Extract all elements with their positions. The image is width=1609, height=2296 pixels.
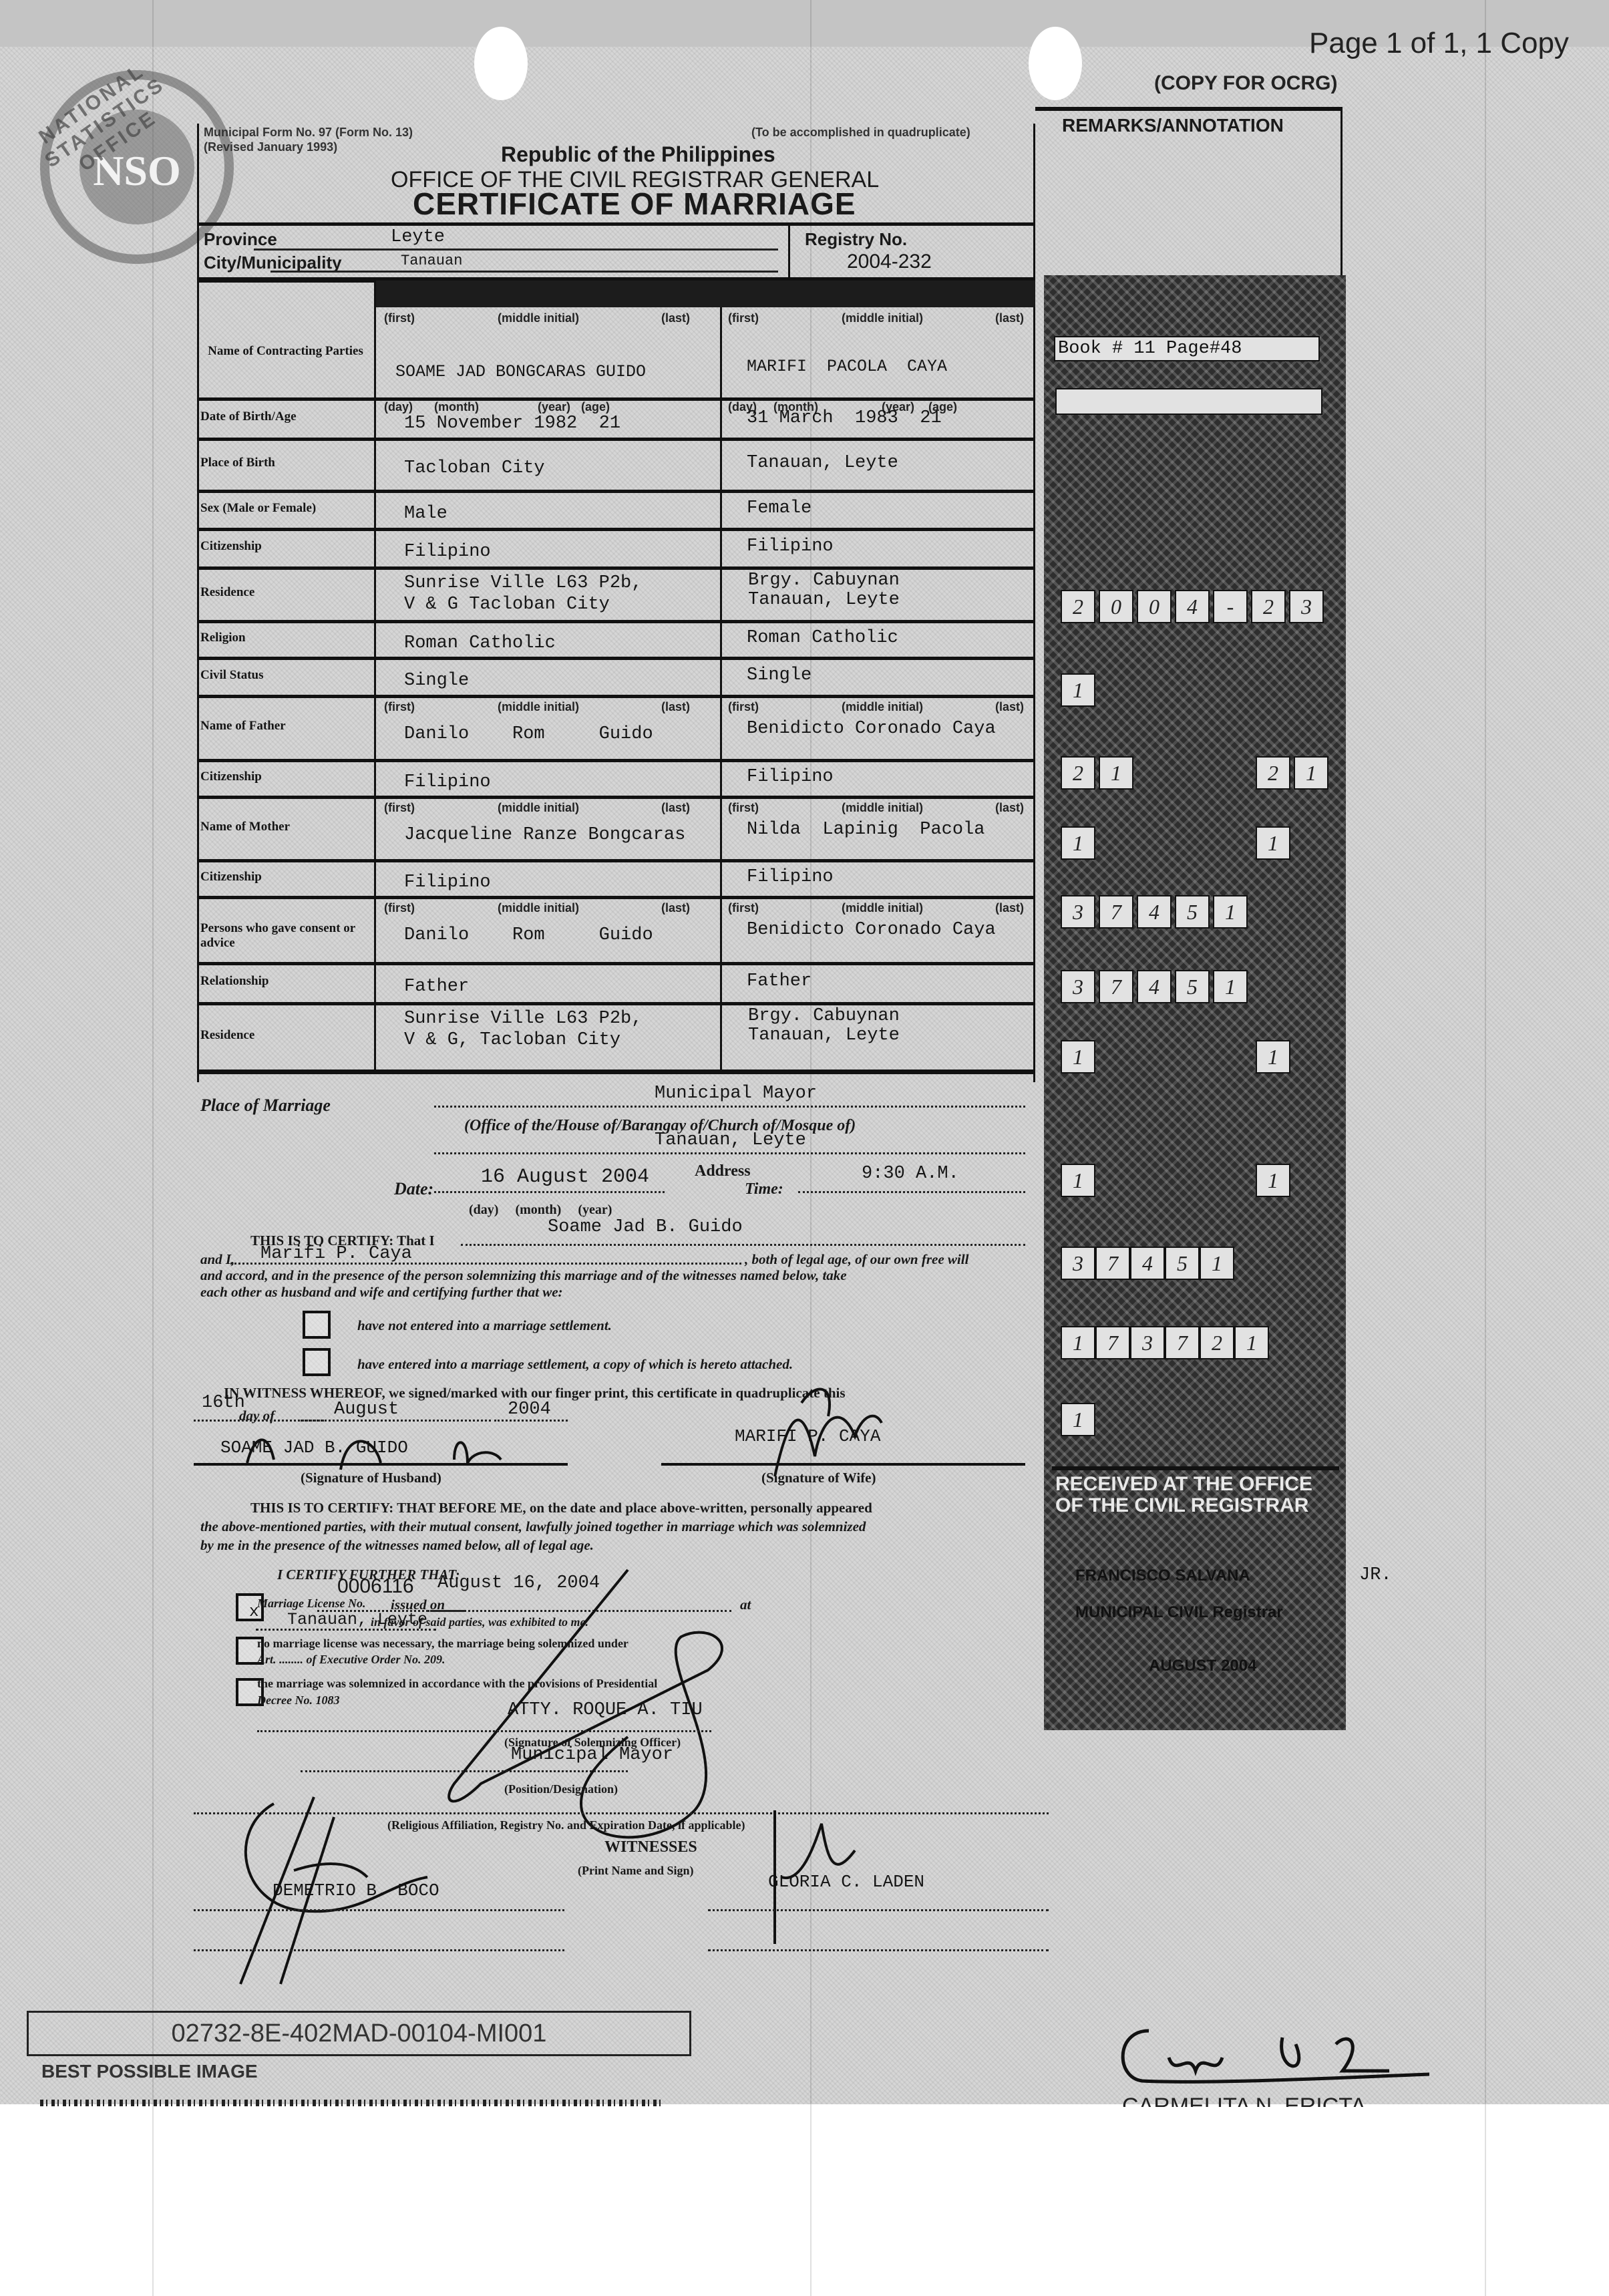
wife-value: Tanauan, Leyte bbox=[747, 453, 898, 473]
sublabel-last: (last) bbox=[995, 311, 1024, 325]
husband-citizenship-code: 1 bbox=[1061, 826, 1095, 860]
husband-value: Filipino bbox=[404, 872, 491, 892]
book-page-box: Book # 11 Page#48 bbox=[1054, 336, 1320, 361]
punch-hole bbox=[474, 27, 528, 100]
license-code-digit: 1 bbox=[1061, 1326, 1095, 1359]
day-of-label: day of bbox=[239, 1408, 275, 1424]
form-number: Municipal Form No. 97 (Form No. 13) bbox=[204, 126, 413, 140]
husband-value-line2: V & G, Tacloban City bbox=[404, 1030, 620, 1050]
husband-value: 15 November 1982 21 bbox=[404, 414, 620, 434]
row-label: Date of Birth/Age bbox=[200, 409, 371, 424]
sublabel-first: (first) bbox=[384, 311, 415, 325]
sublabel-middle: (middle initial) bbox=[498, 801, 579, 815]
consent-code-digit: 4 bbox=[1137, 895, 1172, 929]
sublabel-year: (year) bbox=[538, 400, 570, 414]
settlement-label: have entered into a marriage settlement,… bbox=[357, 1356, 793, 1373]
husband-value: Jacqueline Ranze Bongcaras bbox=[404, 825, 685, 845]
consent-code-digit: 3 bbox=[1061, 895, 1095, 929]
row-label: Name of Father bbox=[200, 719, 371, 733]
husband-value: Filipino bbox=[404, 772, 491, 792]
month-value: August bbox=[334, 1400, 399, 1420]
position-label: (Position/Designation) bbox=[504, 1782, 618, 1796]
sublabel-first: (first) bbox=[728, 901, 759, 915]
scan-fold-line bbox=[1485, 0, 1486, 2296]
consent-code-digit: 7 bbox=[1099, 895, 1133, 929]
wife-signature-line bbox=[661, 1463, 1025, 1466]
sublabel-first: (first) bbox=[728, 311, 759, 325]
consent-code-digit: 1 bbox=[1213, 895, 1248, 929]
barcode-strip bbox=[40, 2100, 665, 2106]
wife-value: Filipino bbox=[747, 536, 834, 556]
place-code-box: 1 bbox=[1061, 1040, 1095, 1074]
remarks-label: REMARKS/ANNOTATION bbox=[1062, 115, 1284, 136]
row-divider bbox=[197, 620, 1035, 623]
wife-value: Single bbox=[747, 665, 812, 685]
wife-citizenship-code: 1 bbox=[1256, 826, 1290, 860]
pd1083-line2: Decree No. 1083 bbox=[257, 1693, 339, 1707]
wife-value: Roman Catholic bbox=[747, 628, 898, 648]
row-label: Civil Status bbox=[200, 668, 371, 683]
date-code-box: 1 bbox=[1061, 1164, 1095, 1197]
stamp-date: AUGUST 2004 bbox=[1149, 1657, 1256, 1675]
row-divider bbox=[197, 896, 1035, 899]
position-value: Municipal Mayor bbox=[511, 1745, 673, 1765]
date-sublabels: (day) (month) (year) bbox=[469, 1202, 612, 1218]
row-label: Relationship bbox=[200, 974, 371, 989]
wife-value: 31 March 1983 21 bbox=[747, 408, 942, 428]
husband-value: Roman Catholic bbox=[404, 633, 556, 653]
witness-right-signature-icon bbox=[755, 1804, 888, 1951]
husband-value: Danilo Rom Guido bbox=[404, 925, 653, 945]
row-label: Persons who gave consent or advice bbox=[200, 921, 371, 951]
settlement-checkbox[interactable] bbox=[303, 1348, 331, 1376]
row-label: Citizenship bbox=[200, 770, 371, 784]
solemnizer-signature-line bbox=[257, 1730, 711, 1732]
sublabel-first: (first) bbox=[728, 700, 759, 714]
row-label: Religion bbox=[200, 631, 371, 645]
table-header-band bbox=[374, 281, 1035, 307]
wife-age-digit: 1 bbox=[1294, 756, 1328, 790]
dotted-line bbox=[434, 1106, 1025, 1108]
husband-value: Sunrise Ville L63 P2b, bbox=[404, 573, 642, 593]
residence-code-digit: 1 bbox=[1213, 970, 1248, 1003]
row-label: Citizenship bbox=[200, 539, 371, 554]
certify-line3: and accord, and in the presence of the p… bbox=[200, 1267, 847, 1284]
place-of-marriage-value: Municipal Mayor bbox=[655, 1084, 817, 1104]
row-label: Residence bbox=[200, 585, 371, 600]
solemnizer-para2: the above-mentioned parties, with their … bbox=[200, 1518, 866, 1535]
sublabel-first: (first) bbox=[384, 700, 415, 714]
province-underline bbox=[254, 249, 778, 251]
stamp-received-line1: RECEIVED AT THE OFFICE bbox=[1055, 1473, 1312, 1496]
wife-value: Brgy. Cabuynan bbox=[748, 570, 900, 591]
sublabel-last: (last) bbox=[995, 700, 1024, 714]
residence-code-digit: 7 bbox=[1099, 970, 1133, 1003]
sublabel-month: (month) bbox=[434, 400, 479, 414]
page-count-header: Page 1 of 1, 1 Copy bbox=[1309, 27, 1569, 60]
license-code-digit: 3 bbox=[1130, 1326, 1165, 1359]
wife-value-line2: Tanauan, Leyte bbox=[748, 590, 900, 610]
province-value: Leyte bbox=[391, 227, 445, 247]
wife-value: MARIFI PACOLA CAYA bbox=[747, 357, 947, 376]
address-code-digit: 3 bbox=[1061, 1247, 1095, 1280]
dotted-line bbox=[301, 1420, 491, 1422]
city-value: Tanauan bbox=[401, 253, 462, 269]
husband-value: Male bbox=[404, 504, 448, 524]
authorized-signature-icon bbox=[1109, 2017, 1483, 2091]
place-of-marriage-label: Place of Marriage bbox=[200, 1096, 331, 1116]
row-divider bbox=[197, 759, 1035, 762]
sublabel-last: (last) bbox=[661, 311, 690, 325]
registry-digit-box: 2 bbox=[1061, 590, 1095, 623]
witnesses-subtitle: (Print Name and Sign) bbox=[578, 1864, 694, 1878]
wife-value: Filipino bbox=[747, 867, 834, 887]
license-code-digit: 7 bbox=[1095, 1326, 1130, 1359]
time-value: 9:30 A.M. bbox=[862, 1164, 959, 1184]
registry-value: 2004-232 bbox=[847, 251, 932, 273]
province-label: Province bbox=[204, 229, 277, 250]
row-divider bbox=[197, 490, 1035, 493]
no-settlement-label: have not entered into a marriage settlem… bbox=[357, 1317, 612, 1334]
row-label: Name of Mother bbox=[200, 820, 371, 834]
address-label: Address bbox=[695, 1162, 751, 1180]
wife-value-line2: Tanauan, Leyte bbox=[748, 1025, 900, 1045]
husband-value: Filipino bbox=[404, 542, 491, 562]
row-divider bbox=[197, 695, 1035, 698]
row-divider bbox=[197, 796, 1035, 799]
wife-name-certify: Marifi P. Caya bbox=[260, 1244, 412, 1264]
sublabel-age: (age) bbox=[581, 400, 610, 414]
dotted-line bbox=[798, 1191, 1025, 1193]
marriage-address-value: Tanauan, Leyte bbox=[655, 1130, 806, 1150]
row-label: Citizenship bbox=[200, 870, 371, 884]
stamp-received-line2: OF THE CIVIL REGISTRAR bbox=[1055, 1494, 1308, 1517]
registry-digit-box: 0 bbox=[1137, 590, 1172, 623]
witness-right-line bbox=[708, 1909, 1049, 1911]
dotted-line bbox=[461, 1244, 1025, 1246]
license-number: 0006116 bbox=[337, 1575, 414, 1598]
solemnizer-para1: THIS IS TO CERTIFY: THAT BEFORE ME, on t… bbox=[250, 1500, 872, 1516]
form-note: (To be accomplished in quadruplicate) bbox=[751, 126, 970, 140]
no-settlement-checkbox[interactable] bbox=[303, 1311, 331, 1339]
address-code-digit: 4 bbox=[1130, 1247, 1165, 1280]
stamp-name-suffix: JR. bbox=[1359, 1565, 1392, 1585]
husband-value-line2: V & G Tacloban City bbox=[404, 595, 610, 615]
registry-digit-box: 0 bbox=[1099, 590, 1133, 623]
registry-digit-box: - bbox=[1213, 590, 1248, 623]
row-label: Place of Birth bbox=[200, 456, 371, 470]
sublabel-middle: (middle initial) bbox=[842, 901, 923, 915]
license-label: Marriage License No. bbox=[257, 1597, 365, 1611]
date-code-box: 1 bbox=[1256, 1164, 1290, 1197]
time-label: Time: bbox=[745, 1180, 783, 1198]
license-code-digit: 1 bbox=[1234, 1326, 1269, 1359]
sublabel-middle: (middle initial) bbox=[498, 700, 579, 714]
row-divider bbox=[197, 438, 1035, 441]
wife-signature-icon bbox=[761, 1376, 962, 1483]
dotted-line bbox=[230, 1263, 741, 1265]
stamp-registrar-title: MUNICIPAL CIVIL Registrar bbox=[1075, 1603, 1283, 1622]
wife-value: Father bbox=[747, 971, 812, 991]
certify-line2: , both of legal age, of our own free wil… bbox=[745, 1251, 968, 1268]
husband-value: SOAME JAD BONGCARAS GUIDO bbox=[395, 362, 646, 381]
last-code-box: 1 bbox=[1061, 1403, 1095, 1436]
row-divider bbox=[197, 566, 1035, 570]
dotted-line bbox=[434, 1152, 1025, 1154]
sublabel-middle: (middle initial) bbox=[842, 801, 923, 815]
column-divider bbox=[720, 307, 722, 1072]
address-code-digit: 5 bbox=[1165, 1247, 1200, 1280]
signatory-name: CARMELITA N. ERICTA bbox=[1122, 2096, 1366, 2107]
solemnizer-para3: by me in the presence of the witnesses n… bbox=[200, 1537, 594, 1554]
husband-age-digit: 2 bbox=[1061, 756, 1095, 790]
place-code-box: 1 bbox=[1256, 1040, 1290, 1074]
registry-digit-box: 4 bbox=[1175, 590, 1210, 623]
dotted-line bbox=[494, 1420, 568, 1422]
dotted-line bbox=[434, 1191, 665, 1193]
row-divider bbox=[197, 962, 1035, 965]
consent-code-digit: 5 bbox=[1175, 895, 1210, 929]
husband-signature-label: (Signature of Husband) bbox=[301, 1470, 441, 1486]
husband-signature-icon bbox=[240, 1423, 574, 1476]
husband-value: Danilo Rom Guido bbox=[404, 724, 653, 744]
position-line bbox=[301, 1770, 628, 1772]
year-value: 2004 bbox=[508, 1400, 551, 1420]
no-license-line2: Art. ........ of Executive Order No. 209… bbox=[257, 1653, 445, 1667]
sublabel-day: (day) bbox=[384, 400, 413, 414]
punch-hole bbox=[1029, 27, 1082, 100]
and-i-label: and I, bbox=[200, 1251, 234, 1268]
witness-line bbox=[708, 1949, 1049, 1951]
row-divider bbox=[197, 1002, 1035, 1005]
wife-value: Female bbox=[747, 498, 812, 518]
husband-value: Tacloban City bbox=[404, 458, 545, 478]
row-divider bbox=[197, 859, 1035, 862]
row-label: Name of Contracting Parties bbox=[200, 344, 371, 359]
husband-age-digit: 1 bbox=[1099, 756, 1133, 790]
husband-name-certify: Soame Jad B. Guido bbox=[548, 1217, 743, 1237]
wife-value: Benidicto Coronado Caya bbox=[747, 920, 996, 940]
solemnizer-name: ATTY. ROQUE A. TIU bbox=[508, 1700, 703, 1720]
husband-signature-line bbox=[194, 1463, 568, 1466]
certify-line4: each other as husband and wife and certi… bbox=[200, 1284, 563, 1301]
republic-heading: Republic of the Philippines bbox=[501, 142, 775, 167]
sublabel-middle: (middle initial) bbox=[498, 901, 579, 915]
registry-digit-box: 2 bbox=[1251, 590, 1286, 623]
scan-fold-line bbox=[152, 0, 154, 2296]
sublabel-last: (last) bbox=[661, 901, 690, 915]
certificate-title: CERTIFICATE OF MARRIAGE bbox=[413, 186, 856, 222]
best-possible-image-label: BEST POSSIBLE IMAGE bbox=[41, 2061, 258, 2082]
witness-left-signature-icon bbox=[214, 1777, 454, 1991]
sublabel-last: (last) bbox=[995, 801, 1024, 815]
blank-remarks-box bbox=[1055, 388, 1322, 415]
wife-value: Brgy. Cabuynan bbox=[748, 1006, 900, 1026]
divider bbox=[197, 222, 1035, 226]
address-code-digit: 7 bbox=[1095, 1247, 1130, 1280]
row-label: Residence bbox=[200, 1028, 371, 1043]
witness-left-line bbox=[194, 1909, 564, 1911]
stamp-divider bbox=[1052, 1466, 1339, 1470]
registry-label: Registry No. bbox=[805, 229, 907, 250]
form-revised: (Revised January 1993) bbox=[204, 140, 337, 154]
document-id-box: 02732-8E-402MAD-00104-MI001 bbox=[27, 2011, 691, 2056]
copy-for-label: (COPY FOR OCRG) bbox=[1154, 72, 1337, 95]
license-code-digit: 7 bbox=[1165, 1326, 1200, 1359]
sublabel-middle: (middle initial) bbox=[842, 700, 923, 714]
residence-code-digit: 5 bbox=[1175, 970, 1210, 1003]
wife-value: Filipino bbox=[747, 767, 834, 787]
row-divider bbox=[197, 1070, 1035, 1073]
wife-value: Benidicto Coronado Caya bbox=[747, 719, 996, 739]
date-label: Date: bbox=[394, 1179, 433, 1199]
registry-digit-box: 3 bbox=[1289, 590, 1324, 623]
stamp-registrar-name: FRANCISCO SALVANA bbox=[1075, 1567, 1250, 1585]
husband-value: Sunrise Ville L63 P2b, bbox=[404, 1009, 642, 1029]
address-code-digit: 1 bbox=[1200, 1247, 1234, 1280]
row-divider bbox=[197, 657, 1035, 660]
witnesses-title: WITNESSES bbox=[604, 1838, 697, 1856]
row-label: Sex (Male or Female) bbox=[200, 501, 371, 516]
city-underline bbox=[271, 271, 778, 273]
sublabel-first: (first) bbox=[384, 801, 415, 815]
wife-signature-label: (Signature of Wife) bbox=[761, 1470, 876, 1486]
residence-code-digit: 4 bbox=[1137, 970, 1172, 1003]
residence-code-digit: 3 bbox=[1061, 970, 1095, 1003]
license-code-digit: 2 bbox=[1200, 1326, 1234, 1359]
sublabel-middle: (middle initial) bbox=[498, 311, 579, 325]
divider bbox=[788, 222, 790, 279]
sublabel-last: (last) bbox=[995, 901, 1024, 915]
row-divider bbox=[197, 528, 1035, 531]
sublabel-first: (first) bbox=[728, 801, 759, 815]
civil-status-code-box: 1 bbox=[1061, 673, 1095, 707]
witness-line bbox=[194, 1949, 564, 1951]
wife-value: Nilda Lapinig Pacola bbox=[747, 820, 985, 840]
date-value: 16 August 2004 bbox=[481, 1166, 649, 1188]
husband-value: Father bbox=[404, 977, 469, 997]
sublabel-first: (first) bbox=[384, 901, 415, 915]
sublabel-middle: (middle initial) bbox=[842, 311, 923, 325]
wife-age-digit: 2 bbox=[1256, 756, 1290, 790]
sublabel-last: (last) bbox=[661, 700, 690, 714]
sublabel-last: (last) bbox=[661, 801, 690, 815]
husband-value: Single bbox=[404, 671, 469, 691]
